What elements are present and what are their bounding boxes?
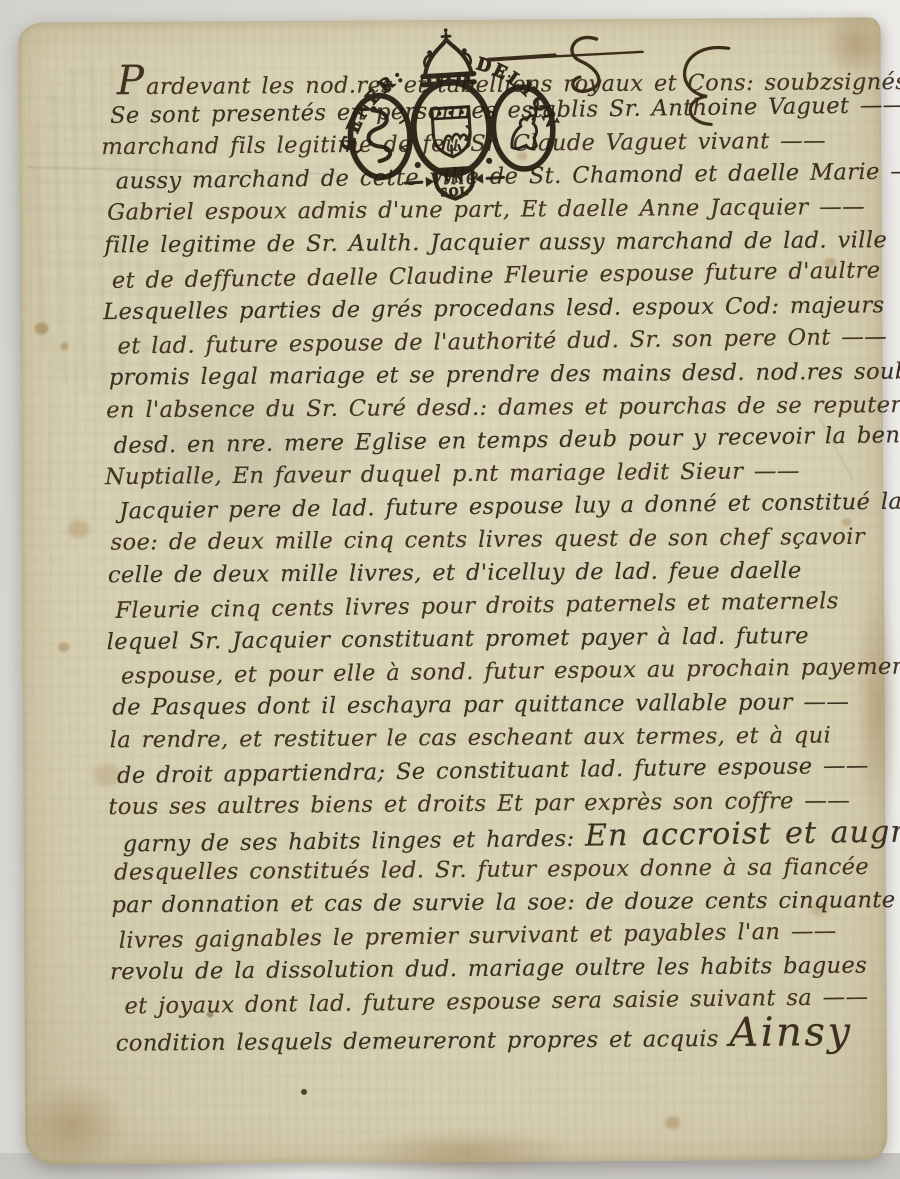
edge-wear — [17, 1080, 128, 1171]
stain — [60, 342, 68, 350]
manuscript-line: desquelles constitués led. Sr. futur esp… — [114, 851, 881, 890]
manuscript-line: de Pasques dont il eschayra par quittanc… — [112, 686, 879, 725]
emphasized-word: En accroist et augment — [585, 814, 900, 854]
manuscript-line: soe: de deux mille cinq cents livres que… — [111, 521, 878, 560]
royal-crown-icon — [420, 27, 474, 85]
stain — [665, 1117, 680, 1129]
ink-spot — [301, 1089, 307, 1095]
arms-of-lyon-shield-icon — [411, 80, 492, 176]
manuscript-page: Pardevant les nod.res et tabellions roya… — [19, 17, 888, 1164]
manuscript-line: promis legal mariage et se prendre des m… — [109, 356, 876, 395]
stamp-denomination-line2: SOL — [440, 184, 470, 200]
photograph: Pardevant les nod.res et tabellions roya… — [0, 0, 900, 1179]
stain — [68, 520, 90, 538]
stain — [34, 322, 48, 334]
emphasized-word: Ainsy — [729, 1009, 853, 1056]
stain — [58, 642, 69, 652]
manuscript-line: condition lesquels demeureront propres e… — [116, 1016, 883, 1055]
tax-stamp-generalite-de-lyon: GENER: DELYON — [325, 25, 578, 211]
denomination-banner: VN SOL — [405, 166, 505, 201]
